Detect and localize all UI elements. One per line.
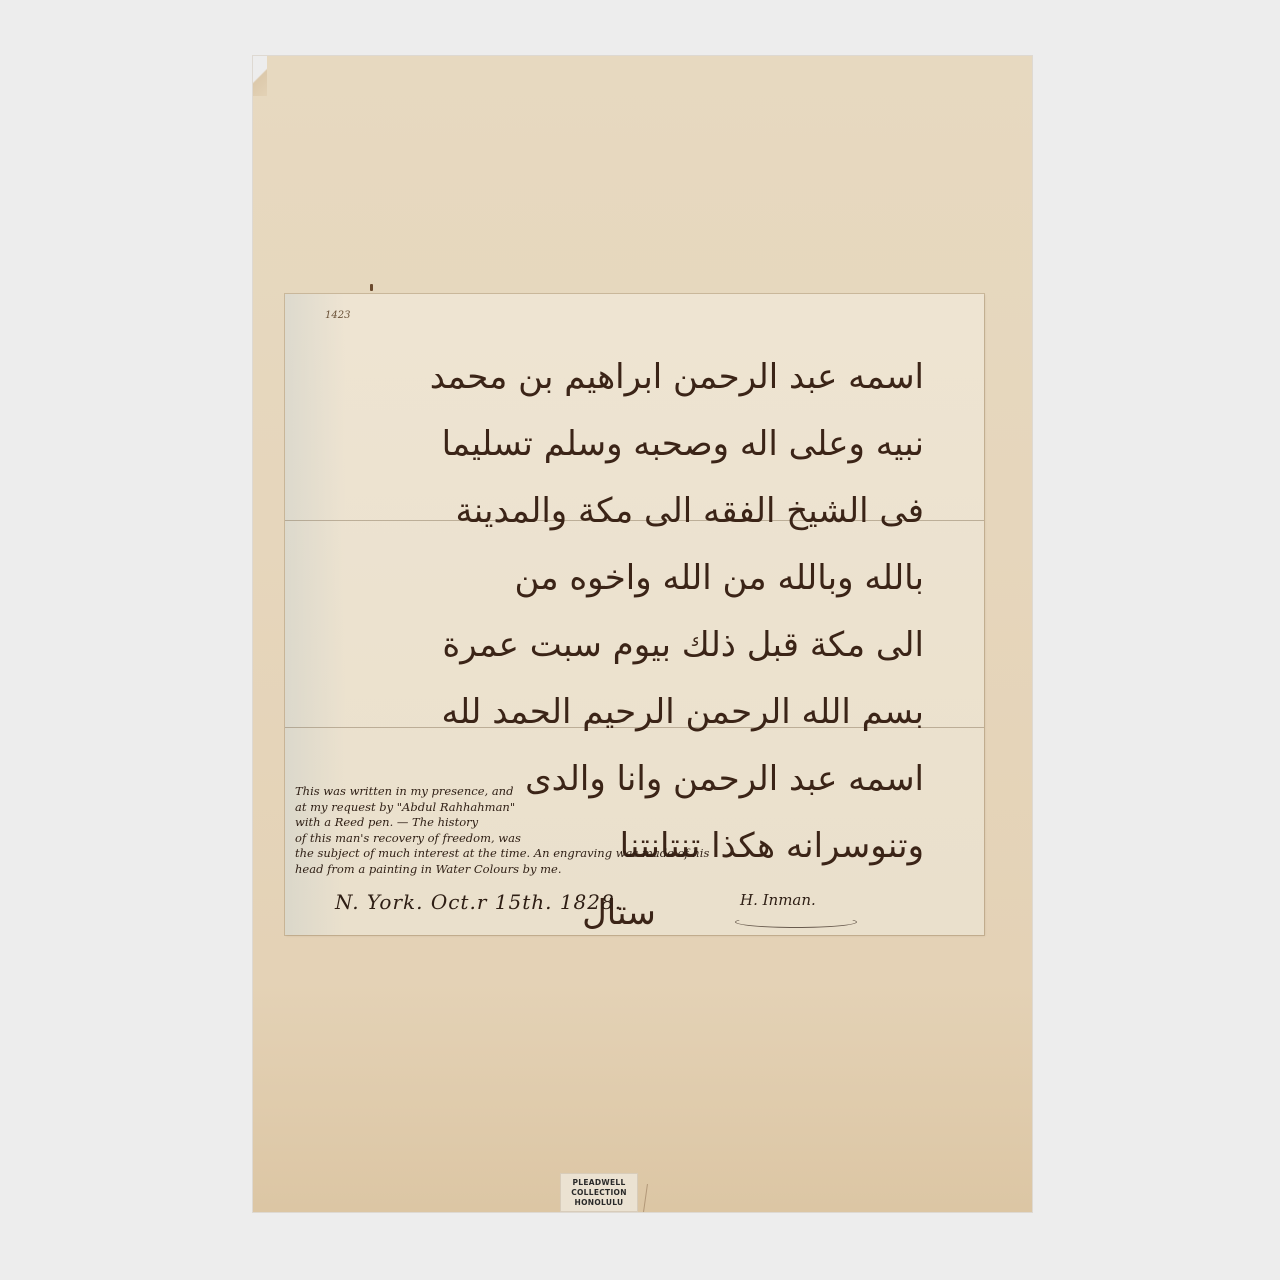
stamp-line: COLLECTION — [561, 1188, 637, 1198]
page-background: PLEADWELL COLLECTION HONOLULU 1423 اسمه … — [0, 0, 1280, 1280]
annotation-line: at my request by "Abdul Rahhahman" — [295, 800, 875, 816]
sheet-number: 1423 — [325, 310, 350, 321]
collection-stamp: PLEADWELL COLLECTION HONOLULU — [560, 1173, 638, 1212]
english-annotation-continued: the subject of much interest at the time… — [295, 846, 895, 877]
english-annotation: This was written in my presence, and at … — [295, 784, 875, 846]
arabic-line: فى الشيخ الفقه الى مكة والمدينة — [314, 478, 924, 545]
place-date: N. York. Oct.r 15th. 1828. — [335, 890, 622, 914]
paper-tear — [643, 1184, 656, 1212]
annotation-line: of this man's recovery of freedom, was — [295, 831, 875, 847]
annotation-line: with a Reed pen. — The history — [295, 815, 875, 831]
annotation-line: This was written in my presence, and — [295, 784, 875, 800]
annotation-line: head from a painting in Water Colours by… — [295, 862, 895, 878]
arabic-line: الى مكة قبل ذلك بيوم سبت عمرة — [314, 612, 924, 679]
arabic-line: بسم الله الرحمن الرحيم الحمد لله — [314, 679, 924, 746]
stamp-line: PLEADWELL — [561, 1178, 637, 1188]
arabic-line: اسمه عبد الرحمن ابراهيم بن محمد — [314, 344, 924, 411]
signature-flourish — [735, 916, 857, 928]
manuscript-sheet: 1423 اسمه عبد الرحمن ابراهيم بن محمد نبي… — [285, 294, 984, 935]
annotation-line: the subject of much interest at the time… — [295, 846, 895, 862]
arabic-line: نبيه وعلى اله وصحبه وسلم تسليما — [314, 411, 924, 478]
signature: H. Inman. — [740, 891, 816, 909]
arabic-line: بالله وبالله من الله واخوه من — [314, 545, 924, 612]
ink-mark — [370, 284, 373, 291]
stamp-line: HONOLULU — [561, 1198, 637, 1208]
mount-folded-corner — [253, 56, 267, 96]
